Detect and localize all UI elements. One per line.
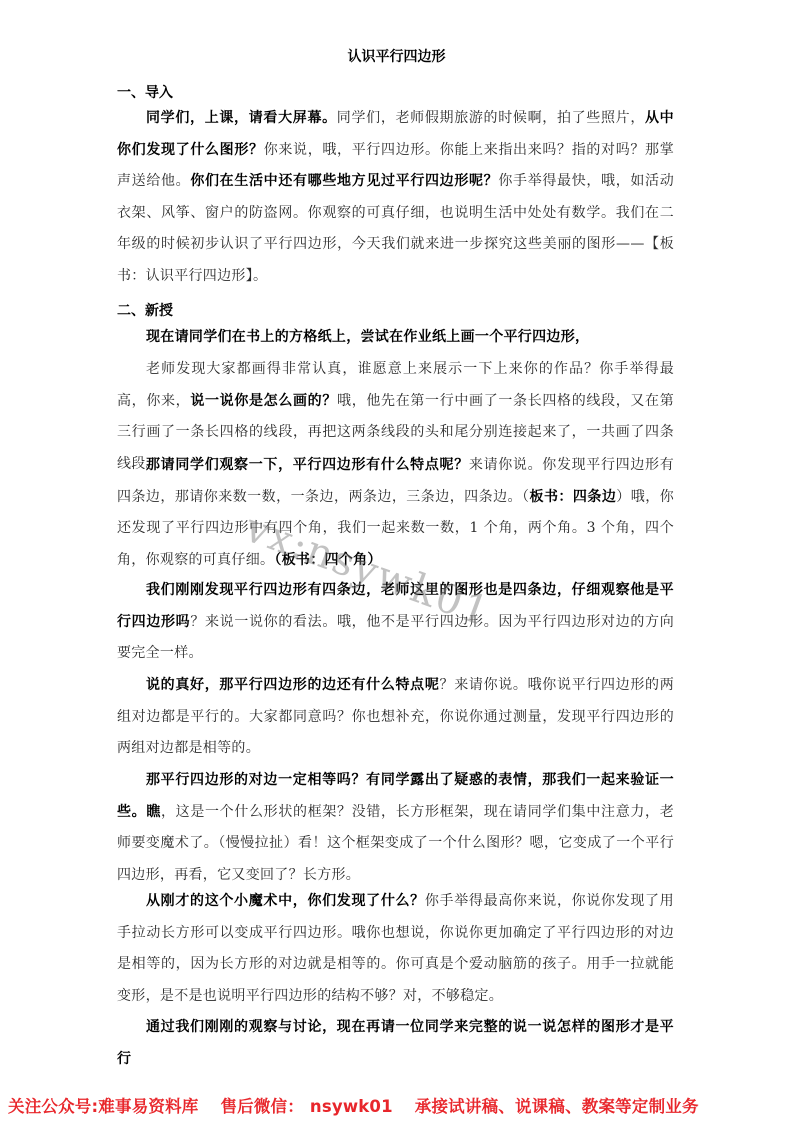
bold-text: 你们在生活中还有哪些地方见过平行四边形呢？ bbox=[190, 173, 498, 189]
footer-services: 承接试讲稿、说课稿、教案等定制业务 bbox=[415, 1097, 699, 1116]
bold-text: 现在请同学们在书上的方格纸上，尝试在作业纸上画一个平行四边形， bbox=[146, 329, 589, 345]
bold-text: 说的真好，那平行四边形的边还有什么特点呢 bbox=[146, 677, 440, 693]
paragraph-intro: 同学们，上课，请看大屏幕。同学们，老师假期旅游的时候啊，拍了些照片，从中你们发现… bbox=[117, 103, 674, 292]
paragraph-features: 那请同学们观察一下，平行四边形有什么特点呢？来请你说。你发现平行四边形有四条边，… bbox=[117, 450, 674, 576]
section-heading-new-lesson: 二、新授 bbox=[117, 300, 173, 320]
section-heading-intro: 一、导入 bbox=[117, 82, 173, 102]
paragraph-magic-trick: 从刚才的这个小魔术中，你们发现了什么？你手举得最高你来说，你说你发现了用手拉动长… bbox=[117, 886, 674, 1012]
paragraph-draw-task: 现在请同学们在书上的方格纸上，尝试在作业纸上画一个平行四边形， bbox=[117, 322, 674, 354]
paragraph-summary: 通过我们刚刚的观察与讨论，现在再请一位同学来完整的说一说怎样的图形才是平行 bbox=[117, 1012, 674, 1075]
paragraph-verify: 那平行四边形的对边一定相等吗？有同学露出了疑惑的表情，那我们一起来验证一些。瞧，… bbox=[117, 765, 674, 891]
paragraph-edge-features: 说的真好，那平行四边形的边还有什么特点呢？来请你说。哦你说平行四边形的两组对边都… bbox=[117, 670, 674, 765]
bold-text: 通过我们刚刚的观察与讨论，现在再请一位同学来完整的说一说怎样的图形才是平行 bbox=[117, 1019, 674, 1067]
body-text: ，这是一个什么形状的框架？没错，长方形框架，现在请同学们集中注意力，老师要变魔术… bbox=[117, 804, 674, 883]
footer-banner: 关注公众号:难事易资料库 售后微信： nsywk01 承接试讲稿、说课稿、教案等… bbox=[0, 1093, 793, 1122]
bold-text: （板书：四个角） bbox=[274, 552, 381, 568]
footer-account: 关注公众号:难事易资料库 bbox=[8, 1097, 199, 1116]
footer-wechat: 售后微信： nsywk01 bbox=[220, 1097, 392, 1116]
bold-text: 同学们，上课，请看大屏幕。 bbox=[146, 110, 337, 126]
bold-text: 说一说你是怎么画的？ bbox=[190, 393, 337, 409]
bold-text: 从刚才的这个小魔术中，你们发现了什么？ bbox=[146, 893, 425, 909]
body-text: 你手举得最快，哦，如活动衣架、风筝、窗户的防盗网。你观察的可真仔细，也说明生活中… bbox=[117, 173, 674, 284]
body-text: ？来说一说你的看法。哦，他不是平行四边形。因为平行四边形对边的方向要完全一样。 bbox=[117, 614, 674, 662]
document-title: 认识平行四边形 bbox=[0, 46, 793, 66]
document-page: 认识平行四边形 一、导入 同学们，上课，请看大屏幕。同学们，老师假期旅游的时候啊… bbox=[0, 0, 793, 1122]
body-text: 你手举得最高你来说，你说你发现了用手拉动长方形可以变成平行四边形。哦你也想说，你… bbox=[117, 893, 674, 1004]
body-text: 同学们，老师假期旅游的时候啊，拍了些照片， bbox=[337, 110, 645, 126]
bold-text: 板书：四条边 bbox=[530, 489, 617, 505]
paragraph-compare-shape: 我们刚刚发现平行四边形有四条边，老师这里的图形也是四条边，仔细观察他是平行四边形… bbox=[117, 575, 674, 670]
bold-text: 那请同学们观察一下，平行四边形有什么特点呢？ bbox=[146, 457, 469, 473]
